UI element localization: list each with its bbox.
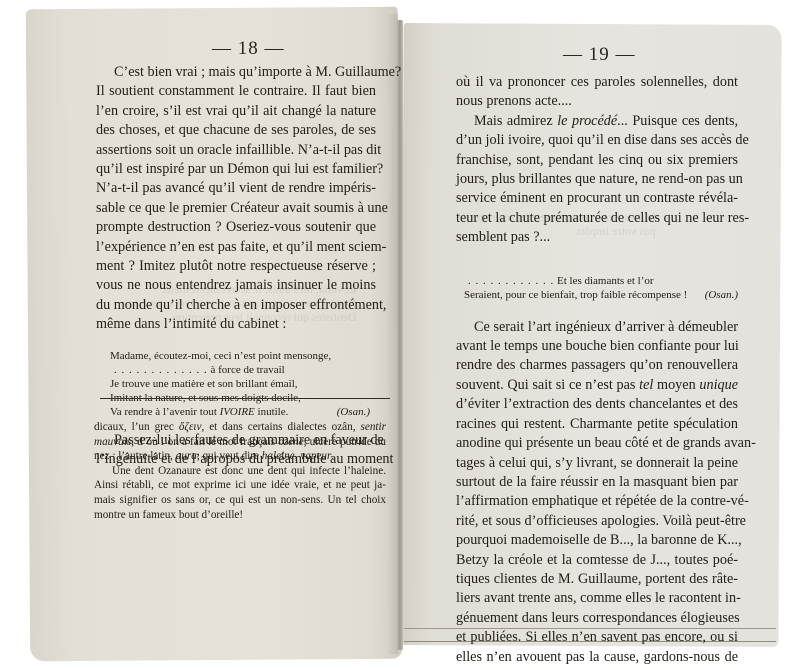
text-line: assertions soit un oracle infaillible. N…: [96, 141, 376, 160]
verse-text: Et les diamants et l’or: [557, 275, 654, 287]
greek-word: ὄζειν: [179, 421, 202, 433]
paragraph: C’est bien vrai ; mais qu’importe à M. G…: [96, 63, 376, 335]
text-line: ment ? Imitez plutôt notre respectueuse …: [96, 257, 376, 276]
book-spine: [397, 20, 403, 650]
verse-text: Va rendre à l’avenir tout: [110, 406, 220, 418]
footnote-line: mauvais, d’où l’on a fait le mot françai…: [94, 435, 386, 450]
text-line: N’a-t-il pas avancé qu’il vient de rendr…: [96, 179, 376, 198]
footnote-line: mais signifier os sans or, ce qui est un…: [94, 493, 386, 508]
text-line: Mais admirez le procédé... Puisque ces d…: [456, 112, 738, 131]
text-line: liers avant trente ans, comme elles le r…: [456, 589, 738, 608]
footnote-line: dicaux, l’un grec ὄζειν, et dans certain…: [94, 420, 386, 435]
text-line: Ce serait l’art ingénieux d’arriver à dé…: [456, 318, 738, 337]
footnote-text: nez ; l’autre latin,: [94, 450, 176, 462]
footnote-emphasis: mauvais: [94, 436, 131, 448]
verse-text: Seraient, pour ce bienfait, trop faible …: [464, 289, 687, 301]
text-line: elles n’en avouent pas la cause, gardons…: [456, 648, 738, 667]
paragraph: Mais admirez le procédé... Puisque ces d…: [456, 112, 738, 248]
text-line: tiques clientes de M. Guillaume, portent…: [456, 570, 738, 589]
text-line: qu’il est inspiré par un Démon qui lui e…: [96, 160, 376, 179]
text-line: où il va prononcer ces paroles solennell…: [456, 73, 738, 92]
verse-line: Va rendre à l’avenir tout IVOIRE inutile…: [110, 405, 376, 419]
verse-emphasis: IVOIRE: [220, 406, 255, 418]
verse-quotation: . . . . . . . . . . . . Et les diamants …: [464, 274, 738, 302]
text-line: jours, plus brillantes que nature, ne re…: [456, 170, 738, 189]
footnote-text: dicaux, l’un grec: [94, 421, 179, 433]
page-number-19: — 19 —: [563, 44, 636, 66]
left-page-body: C’est bien vrai ; mais qu’importe à M. G…: [96, 63, 376, 470]
footnote-separator: [100, 398, 390, 399]
text-line: l’expérience n’en est pas faite, et qu’i…: [96, 238, 376, 257]
footnote-emphasis: vapeur: [300, 450, 331, 462]
verse-line: Seraient, pour ce bienfait, trop faible …: [464, 288, 738, 302]
verse-line: . . . . . . . . . . . . Et les diamants …: [464, 274, 738, 288]
right-page-body: où il va prononcer ces paroles solennell…: [456, 73, 738, 667]
footnote-text: .: [331, 450, 334, 462]
text-line: anodine qui présente un beau côté et de …: [456, 434, 738, 453]
text-line: même dans l’intimité du cabinet :: [96, 315, 376, 334]
footnote: dicaux, l’un grec ὄζειν, et dans certain…: [94, 420, 386, 522]
footnote-emphasis: sentir: [361, 421, 386, 433]
text-line: du monde qu’il cherche à en imposer effr…: [96, 296, 376, 315]
footnote-emphasis: aura: [176, 450, 197, 462]
emphasis: unique: [699, 377, 738, 393]
footnote-line: Une dent Ozanaure est donc une dent qui …: [94, 464, 386, 479]
text-line: l’en croire, s’il est vrai qu’il ait cha…: [96, 102, 376, 121]
text-line: l’affirmation emphatique et répétée de l…: [456, 492, 738, 511]
text: souvent. Qui sait si ce n’est pas: [456, 377, 639, 393]
text-line: Il soutient constamment le contraire. Il…: [96, 82, 376, 101]
ellipsis-dots: . . . . . . . . . . . .: [464, 275, 554, 287]
text-line: des choses, et que chacune de ses parole…: [96, 121, 376, 140]
footnote-text: , qui veut dire: [197, 450, 262, 462]
footnote-text: , d’où l’on a fait le mot français: [131, 436, 278, 448]
verse-line: Je trouve une matière et son brillant ém…: [110, 377, 376, 391]
text-line: Betzy la créole et la comtesse de J..., …: [456, 551, 738, 570]
text-line: génuement dans leurs correspondances élo…: [456, 609, 738, 628]
text-line: teur et la chute prématurée de celles qu…: [456, 209, 738, 228]
footnote-line: Ainsi rétabli, ce mot exprime ici une id…: [94, 478, 386, 493]
text-line: souvent. Qui sait si ce n’est pas tel mo…: [456, 376, 738, 395]
text-line: semblent pas ?...: [456, 228, 738, 247]
text-line: avant le temps une bouche bien confiante…: [456, 337, 738, 356]
text: moyen: [653, 377, 699, 393]
footnote-line: montre un fameux bout d’oreille!: [94, 508, 386, 523]
text-line: nous prenons acte....: [456, 92, 738, 111]
paragraph: Ce serait l’art ingénieux d’arriver à dé…: [456, 318, 738, 667]
verse-attribution: (Osan.): [705, 288, 738, 302]
text-line: pourquoi mademoiselle de B..., la baronn…: [456, 531, 738, 550]
text-line: franchise, sont, pendant les cinq ou six…: [456, 151, 738, 170]
text-line: sable ce que le premier Créateur avait s…: [96, 199, 376, 218]
verse-text: à force de travail: [211, 364, 285, 376]
ellipsis-dots: . . . . . . . . . . . . .: [110, 364, 208, 376]
text-line: d’un joli ivoire, quoi qu’il en dise dan…: [456, 131, 738, 150]
open-book: Et voilà, mes amis, le secret merveilleu…: [0, 0, 800, 670]
verse-line: Madame, écoutez-moi, ceci n’est point me…: [110, 349, 376, 363]
footnote-text: , ulcère putride du: [304, 436, 386, 448]
page-number-18: — 18 —: [212, 38, 285, 60]
footnote-line: nez ; l’autre latin, aura, qui veut dire…: [94, 449, 386, 464]
text-line: tages à celui qui, s’y livrant, se donne…: [456, 454, 738, 473]
verse-text: inutile.: [255, 406, 289, 418]
text-line: rité, et sous d’officieuses apologies. V…: [456, 512, 738, 531]
text-line: racines qui restent. Charmante petite sp…: [456, 415, 738, 434]
footnote-emphasis: haleine: [262, 450, 295, 462]
text: Mais admirez: [474, 113, 557, 129]
emphasis: le procédé: [557, 113, 617, 129]
text-line: d’éviter l’extraction des dents chancela…: [456, 395, 738, 414]
text-line: vous ne nous entendrez jamais insinuer l…: [96, 276, 376, 295]
text-line: prompte destruction ? Oseriez-vous soute…: [96, 218, 376, 237]
text: ... Puisque ces dents,: [617, 113, 738, 129]
text-line: surtout de la faire réussir en la masqua…: [456, 473, 738, 492]
text-line: C’est bien vrai ; mais qu’importe à M. G…: [96, 63, 376, 82]
text-line: service éminent en procurant un contrast…: [456, 189, 738, 208]
verse-quotation: Madame, écoutez-moi, ceci n’est point me…: [110, 349, 376, 419]
paragraph: où il va prononcer ces paroles solennell…: [456, 73, 738, 112]
text-line: rendre des charmes passagers qu’on renou…: [456, 356, 738, 375]
verse-attribution: (Osan.): [337, 405, 370, 419]
emphasis: tel: [639, 377, 653, 393]
footnote-emphasis: ozène: [278, 436, 303, 448]
footnote-text: , et dans certains dialectes ozân,: [201, 421, 360, 433]
text-line: et publiées. Si elles n’en savent pas en…: [456, 628, 738, 647]
verse-line: . . . . . . . . . . . . . à force de tra…: [110, 363, 376, 377]
